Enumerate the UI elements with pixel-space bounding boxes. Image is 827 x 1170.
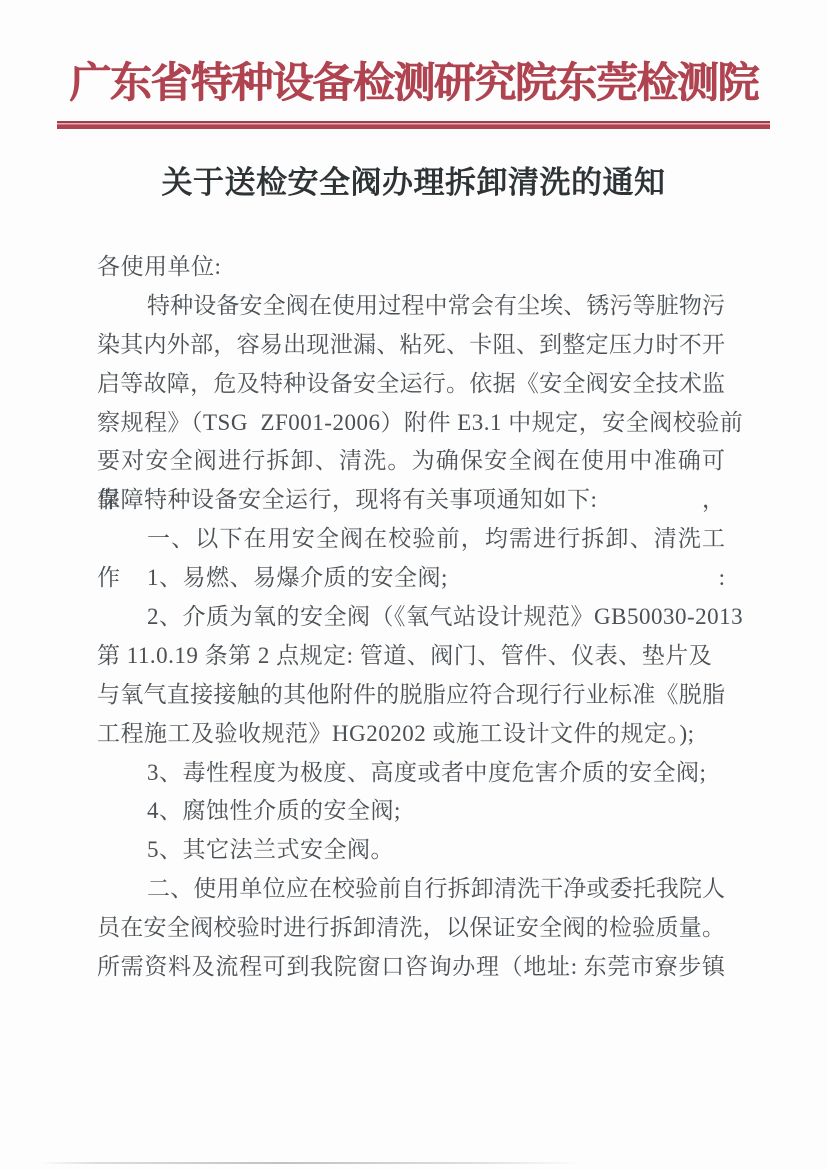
red-divider-rule	[57, 121, 770, 129]
body-line-item-1-3: 3、毒性程度为极度、高度或者中度危害介质的安全阀;	[97, 754, 725, 793]
body-line: 员在安全阀校验时进行拆卸清洗，以保证安全阀的检验质量。	[97, 909, 725, 948]
body-line: 染其内外部，容易出现泄漏、粘死、卡阻、到整定压力时不开	[97, 326, 725, 365]
scan-artifact-line	[40, 1162, 582, 1164]
doc-title: 关于送检安全阀办理拆卸清洗的通知	[0, 160, 827, 206]
body-line: 启等故障，危及特种设备安全运行。依据《安全阀安全技术监	[97, 365, 725, 404]
body-line-item-2: 二、使用单位应在校验前自行拆卸清洗干净或委托我院人	[97, 870, 725, 909]
body-line: 察规程》（TSG ZF001-2006）附件 E3.1 中规定，安全阀校验前	[97, 404, 725, 443]
body-line: 第 11.0.19 条第 2 点规定: 管道、阀门、管件、仪表、垫片及	[97, 637, 725, 676]
body-line-item-1: 一、以下在用安全阀在校验前，均需进行拆卸、清洗工作:	[97, 520, 725, 559]
body-line-item-1-5: 5、其它法兰式安全阀。	[97, 831, 725, 870]
document-page: 广东省特种设备检测研究院东莞检测院 关于送检安全阀办理拆卸清洗的通知 各使用单位…	[0, 0, 827, 1170]
body-line-salutation: 各使用单位:	[97, 248, 725, 287]
body-line-item-1-2: 2、介质为氧的安全阀（《氧气站设计规范》GB50030-2013	[97, 598, 725, 637]
body-line: 与氧气直接接触的其他附件的脱脂应符合现行行业标准《脱脂	[97, 676, 725, 715]
doc-body: 各使用单位: 特种设备安全阀在使用过程中常会有尘埃、锈污等脏物污 染其内外部，容…	[97, 248, 725, 987]
body-line: 要对安全阀进行拆卸、清洗。为确保安全阀在使用中准确可靠，	[97, 442, 725, 481]
body-line: 特种设备安全阀在使用过程中常会有尘埃、锈污等脏物污	[97, 287, 725, 326]
org-name-header: 广东省特种设备检测研究院东莞检测院	[0, 52, 827, 116]
body-line: 工程施工及验收规范》HG20202 或施工设计文件的规定。);	[97, 715, 725, 754]
body-line-item-1-4: 4、腐蚀性介质的安全阀;	[97, 792, 725, 831]
body-line: 所需资料及流程可到我院窗口咨询办理（地址: 东莞市寮步镇	[97, 948, 725, 987]
